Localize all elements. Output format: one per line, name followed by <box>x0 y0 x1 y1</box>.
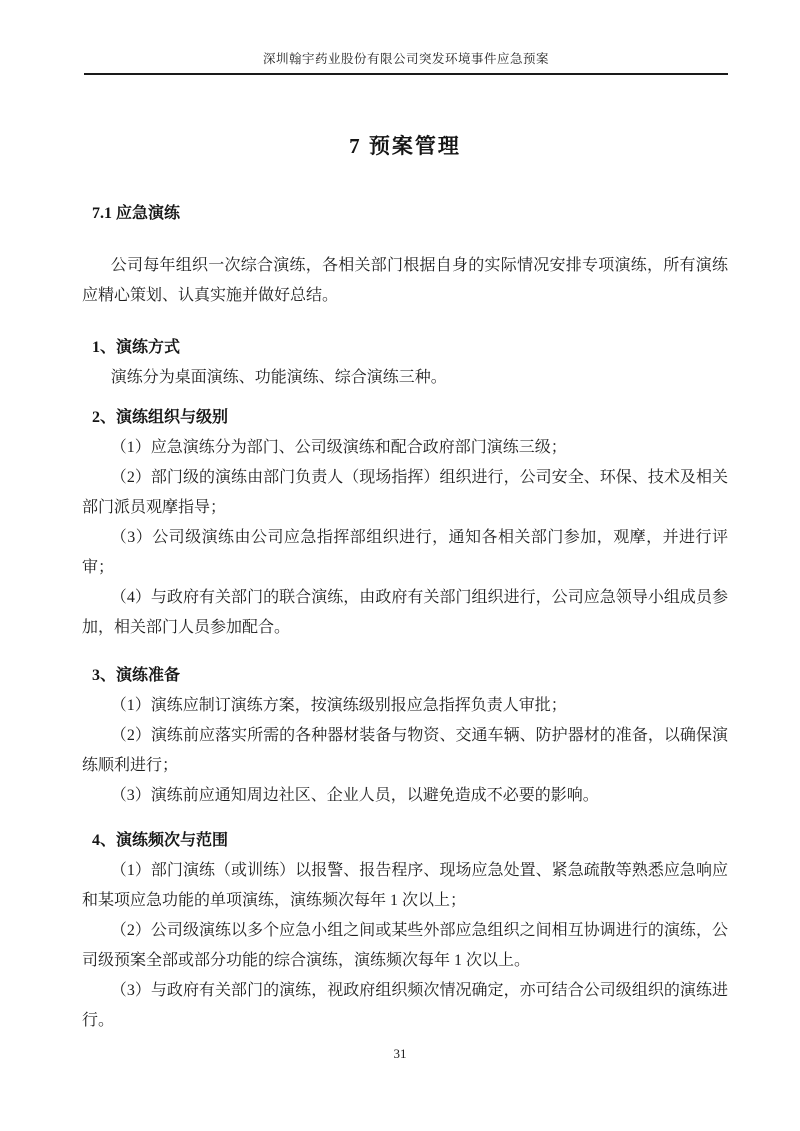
subsection-3-heading: 3、演练准备 <box>92 661 728 691</box>
subsection-1: 1、演练方式 演练分为桌面演练、功能演练、综合演练三种。 <box>82 333 728 393</box>
subsection-2: 2、演练组织与级别 （1）应急演练分为部门、公司级演练和配合政府部门演练三级； … <box>82 403 728 643</box>
page-header-rule: 深圳翰宇药业股份有限公司突发环境事件应急预案 <box>84 51 728 75</box>
paragraph: 演练分为桌面演练、功能演练、综合演练三种。 <box>82 363 728 393</box>
page-content: 7 预案管理 7.1 应急演练 公司每年组织一次综合演练，各相关部门根据自身的实… <box>82 133 728 1036</box>
subsection-1-heading: 1、演练方式 <box>92 333 728 363</box>
paragraph: （1）应急演练分为部门、公司级演练和配合政府部门演练三级； <box>82 433 728 463</box>
paragraph: （2）公司级演练以多个应急小组之间或某些外部应急组织之间相互协调进行的演练，公司… <box>82 916 728 976</box>
document-page: 深圳翰宇药业股份有限公司突发环境事件应急预案 7 预案管理 7.1 应急演练 公… <box>0 0 800 1131</box>
paragraph: （3）公司级演练由公司应急指挥部组织进行，通知各相关部门参加，观摩，并进行评审； <box>82 523 728 583</box>
paragraph: （3）演练前应通知周边社区、企业人员，以避免造成不必要的影响。 <box>82 781 728 811</box>
paragraph: （1）部门演练（或训练）以报警、报告程序、现场应急处置、紧急疏散等熟悉应急响应和… <box>82 856 728 916</box>
page-number: 31 <box>0 1046 800 1062</box>
subsection-4: 4、演练频次与范围 （1）部门演练（或训练）以报警、报告程序、现场应急处置、紧急… <box>82 826 728 1036</box>
paragraph: （3）与政府有关部门的演练，视政府组织频次情况确定，亦可结合公司级组织的演练进行… <box>82 976 728 1036</box>
subsection-4-heading: 4、演练频次与范围 <box>92 826 728 856</box>
intro-paragraph: 公司每年组织一次综合演练，各相关部门根据自身的实际情况安排专项演练，所有演练应精… <box>82 251 728 311</box>
section-7-1-heading: 7.1 应急演练 <box>92 199 728 229</box>
subsection-3: 3、演练准备 （1）演练应制订演练方案，按演练级别报应急指挥负责人审批； （2）… <box>82 661 728 811</box>
subsection-2-heading: 2、演练组织与级别 <box>92 403 728 433</box>
paragraph: （2）部门级的演练由部门负责人（现场指挥）组织进行，公司安全、环保、技术及相关部… <box>82 463 728 523</box>
paragraph: （4）与政府有关部门的联合演练，由政府有关部门组织进行，公司应急领导小组成员参加… <box>82 583 728 643</box>
chapter-title: 7 预案管理 <box>82 133 728 159</box>
page-header-text: 深圳翰宇药业股份有限公司突发环境事件应急预案 <box>263 52 549 66</box>
paragraph: （1）演练应制订演练方案，按演练级别报应急指挥负责人审批； <box>82 691 728 721</box>
paragraph: （2）演练前应落实所需的各种器材装备与物资、交通车辆、防护器材的准备，以确保演练… <box>82 721 728 781</box>
